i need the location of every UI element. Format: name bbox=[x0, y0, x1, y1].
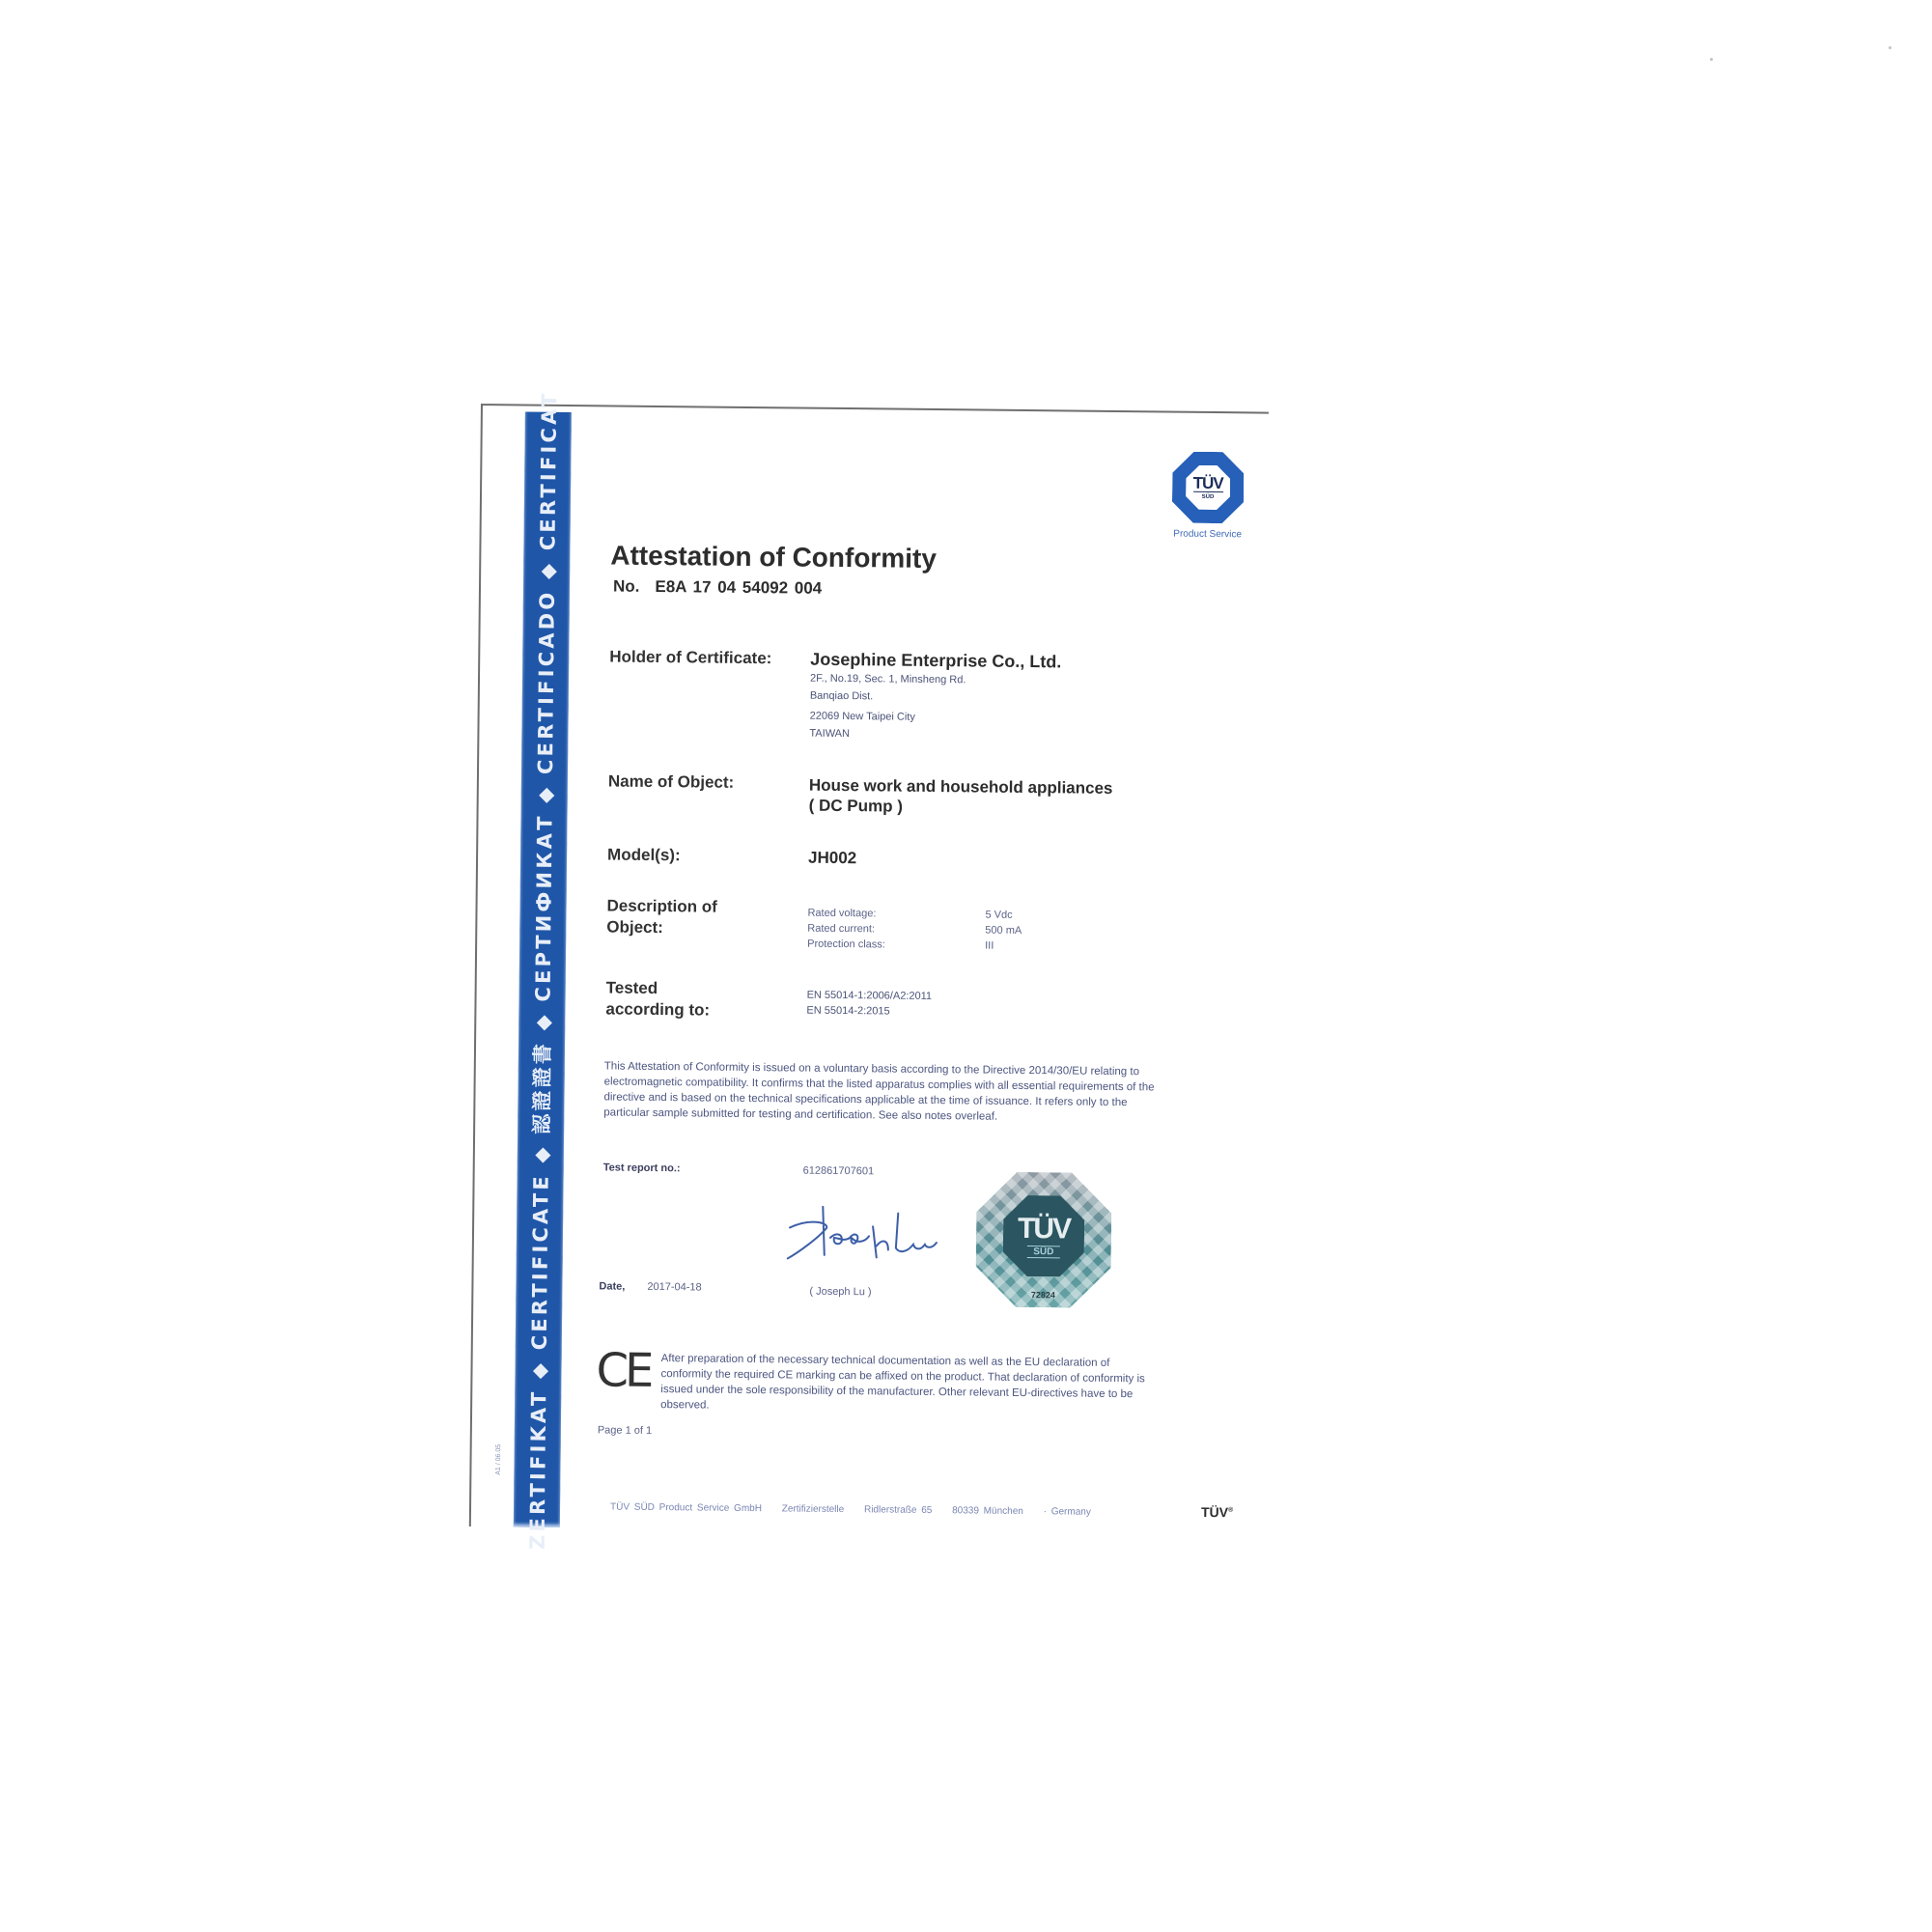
certificate-number: No.E8A 17 04 54092 004 bbox=[613, 577, 822, 599]
ce-mark-icon: CE bbox=[596, 1347, 650, 1394]
page-indicator: Page 1 of 1 bbox=[598, 1424, 652, 1437]
tuv-octagon-icon: TÜV SÜD bbox=[1172, 452, 1245, 524]
page-border-left bbox=[469, 404, 483, 1526]
form-code: A1 / 06.05 bbox=[495, 1444, 502, 1475]
ce-note: After preparation of the necessary techn… bbox=[660, 1351, 1163, 1417]
description-value: 5 Vdc bbox=[985, 908, 1012, 923]
footer-tuv-logo: TÜV® bbox=[1201, 1504, 1233, 1520]
tested-standards: EN 55014-1:2006/A2:2011 EN 55014-2:2015 bbox=[806, 988, 932, 1020]
tested-label-line: Tested bbox=[606, 977, 711, 999]
seal-mark: TÜV bbox=[1018, 1214, 1070, 1244]
logo-caption: Product Service bbox=[1164, 528, 1251, 540]
logo-mark: TÜV bbox=[1193, 475, 1223, 492]
tuv-hologram-seal: TÜV SÜD 72824 bbox=[975, 1171, 1111, 1307]
description-label-line: Object: bbox=[606, 916, 717, 938]
object-label: Name of Object: bbox=[608, 770, 735, 793]
footer-logo-text: TÜV bbox=[1201, 1504, 1228, 1520]
holder-name: Josephine Enterprise Co., Ltd. bbox=[810, 650, 1061, 673]
footer-item: Ridlerstraße 65 bbox=[864, 1504, 932, 1516]
description-key: Rated current: bbox=[807, 921, 985, 938]
footer-item: Zertifizierstelle bbox=[782, 1503, 845, 1515]
scan-speck bbox=[1710, 58, 1713, 61]
date-value: 2017-04-18 bbox=[647, 1281, 701, 1294]
footer-item: TÜV SÜD Product Service GmbH bbox=[610, 1502, 762, 1515]
holder-label: Holder of Certificate: bbox=[609, 646, 771, 669]
registered-mark: ® bbox=[1228, 1507, 1233, 1514]
footer-address: TÜV SÜD Product Service GmbH Zertifizier… bbox=[610, 1502, 1106, 1518]
scan-speck bbox=[1889, 46, 1891, 49]
seal-number: 72824 bbox=[975, 1289, 1110, 1300]
tuv-header-logo: TÜV SÜD Product Service bbox=[1164, 451, 1252, 540]
signature-image bbox=[780, 1198, 945, 1268]
certificate-page: ZERTIFIKAT ◆ CERTIFICATE ◆ 認證證書 ◆ СЕРТИФ… bbox=[463, 404, 1274, 1535]
certificate-number-label: No. bbox=[613, 577, 640, 596]
footer-item: · Germany bbox=[1044, 1506, 1091, 1518]
test-report-number: 61286170760​1 bbox=[803, 1165, 875, 1178]
document-title: Attestation of Conformity bbox=[610, 540, 937, 574]
description-value: 500 mA bbox=[985, 923, 1022, 938]
models-label: Model(s): bbox=[607, 844, 681, 866]
description-value: III bbox=[985, 938, 994, 954]
description-key: Protection class: bbox=[807, 937, 985, 954]
standard-item: EN 55014-2:2015 bbox=[806, 1003, 932, 1020]
models-value: JH002 bbox=[808, 848, 856, 869]
certificate-side-band: ZERTIFIKAT ◆ CERTIFICATE ◆ 認證證書 ◆ СЕРТИФ… bbox=[514, 412, 572, 1527]
holder-block: Josephine Enterprise Co., Ltd. 2F., No.1… bbox=[809, 650, 1061, 745]
date-label: Date, bbox=[599, 1280, 625, 1292]
holder-address-line: Banqiao Dist. bbox=[810, 687, 1061, 708]
certificate-number-value: E8A 17 04 54092 004 bbox=[655, 577, 822, 598]
holder-address-line: TAIWAN bbox=[809, 725, 1060, 745]
page-border-top bbox=[481, 404, 1269, 414]
description-row: Protection class: III bbox=[807, 937, 1022, 954]
tested-label-line: according to: bbox=[605, 998, 710, 1021]
description-label: Description of Object: bbox=[606, 895, 717, 938]
tested-label: Tested according to: bbox=[605, 977, 710, 1021]
description-label-line: Description of bbox=[606, 895, 717, 917]
object-line: ( DC Pump ) bbox=[809, 796, 1113, 819]
standard-item: EN 55014-1:2006/A2:2011 bbox=[807, 988, 933, 1004]
attestation-statement: This Attestation of Conformity is issued… bbox=[603, 1058, 1164, 1126]
signatory-name: ( Joseph Lu ) bbox=[809, 1286, 871, 1299]
side-band-text: ZERTIFIKAT ◆ CERTIFICATE ◆ 認證證書 ◆ СЕРТИФ… bbox=[522, 390, 564, 1550]
seal-sub: SÜD bbox=[1027, 1246, 1059, 1258]
seal-octagon-icon: TÜV SÜD bbox=[1003, 1195, 1085, 1277]
logo-sub: SÜD bbox=[1202, 494, 1215, 500]
test-report-label: Test report no.: bbox=[603, 1162, 681, 1174]
footer-item: 80339 München bbox=[952, 1505, 1023, 1517]
object-value: House work and household appliances ( DC… bbox=[809, 775, 1113, 819]
description-table: Rated voltage: 5 Vdc Rated current: 500 … bbox=[807, 906, 1022, 954]
description-key: Rated voltage: bbox=[807, 906, 985, 923]
